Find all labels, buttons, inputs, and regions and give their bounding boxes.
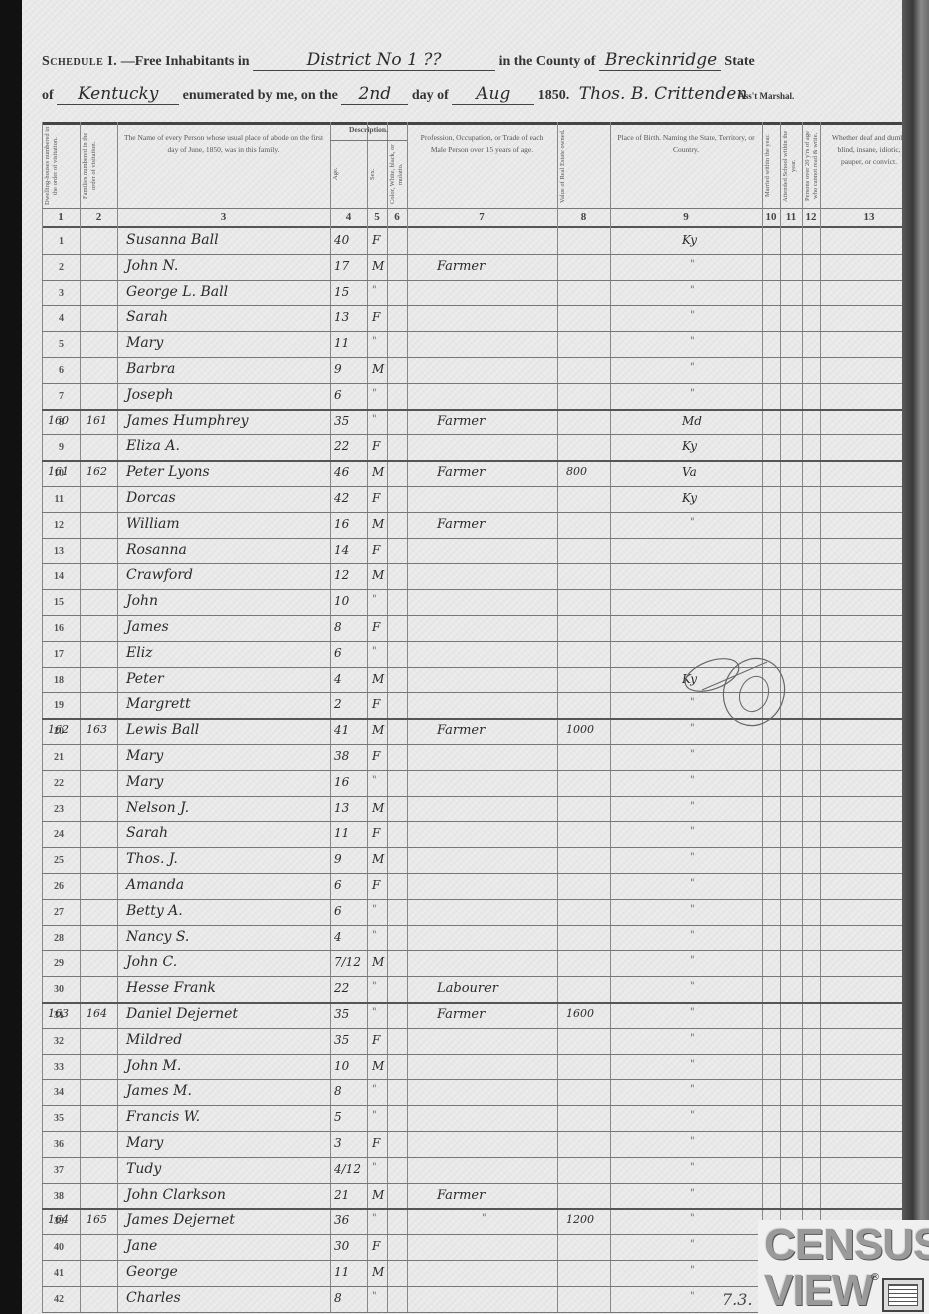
person-name: John Clarkson bbox=[126, 1187, 226, 1203]
person-sex: F bbox=[372, 491, 380, 505]
person-name: John bbox=[126, 593, 158, 609]
column-number-7: 7 bbox=[407, 211, 557, 223]
day-of-label: day of bbox=[412, 88, 449, 103]
birthplace: Va bbox=[682, 465, 697, 479]
column-number-5: 5 bbox=[367, 211, 387, 223]
row-rule bbox=[42, 950, 918, 951]
person-name: Peter bbox=[126, 671, 164, 687]
person-name: Jane bbox=[126, 1238, 157, 1254]
birthplace: " bbox=[690, 801, 695, 812]
row-rule bbox=[42, 1183, 918, 1184]
line-number: 15 bbox=[34, 597, 64, 608]
person-age: 35 bbox=[334, 1007, 349, 1021]
person-sex: M bbox=[372, 801, 384, 815]
person-age: 46 bbox=[334, 465, 349, 479]
line-number: 25 bbox=[34, 855, 64, 866]
family-number: 163 bbox=[86, 723, 107, 736]
person-sex: M bbox=[372, 672, 384, 686]
birthplace: " bbox=[690, 1213, 695, 1224]
column-divider bbox=[80, 122, 81, 1312]
column-divider bbox=[820, 122, 821, 1312]
birthplace: " bbox=[690, 775, 695, 786]
person-name: Dorcas bbox=[126, 490, 176, 506]
person-sex: F bbox=[372, 826, 380, 840]
description-group-rule bbox=[330, 140, 407, 141]
person-sex: " bbox=[372, 1084, 377, 1095]
real-estate-value: 1200 bbox=[566, 1213, 594, 1226]
county-field: Breckinridge bbox=[599, 50, 721, 71]
person-occupation: Farmer bbox=[437, 414, 485, 429]
dwelling-number: 164 bbox=[48, 1213, 69, 1226]
row-rule bbox=[42, 744, 918, 745]
person-name: Francis W. bbox=[126, 1109, 200, 1125]
line-number: 4 bbox=[34, 313, 64, 324]
row-rule bbox=[42, 899, 918, 900]
person-sex: M bbox=[372, 723, 384, 737]
handwritten-flourish-icon bbox=[682, 650, 792, 730]
person-age: 17 bbox=[334, 259, 349, 273]
birthplace: " bbox=[690, 1110, 695, 1121]
line-number: 1 bbox=[34, 236, 64, 247]
person-sex: " bbox=[372, 1110, 377, 1121]
of-label: of bbox=[42, 88, 54, 103]
person-age: 35 bbox=[334, 414, 349, 428]
column-header-1: Dwelling-houses numbered in the order of… bbox=[44, 126, 78, 206]
person-name: William bbox=[126, 516, 180, 532]
birthplace: " bbox=[690, 826, 695, 837]
person-name: Hesse Frank bbox=[126, 980, 216, 996]
person-sex: M bbox=[372, 1265, 384, 1279]
birthplace: " bbox=[690, 1059, 695, 1070]
row-rule bbox=[42, 1028, 918, 1029]
birthplace: " bbox=[690, 1136, 695, 1147]
column-header-5: Sex. bbox=[369, 142, 385, 206]
column-number-4: 4 bbox=[330, 211, 367, 223]
person-age: 22 bbox=[334, 981, 349, 995]
person-name: James Humphrey bbox=[126, 413, 249, 429]
person-age: 35 bbox=[334, 1033, 349, 1047]
line-number: 40 bbox=[34, 1242, 64, 1253]
marshal-title: Ass't Marshal. bbox=[738, 91, 794, 101]
person-name: Eliza A. bbox=[126, 438, 180, 454]
person-age: 11 bbox=[334, 1265, 349, 1279]
birthplace: Md bbox=[682, 414, 702, 428]
line-number: 2 bbox=[34, 262, 64, 273]
person-sex: M bbox=[372, 568, 384, 582]
line-number: 12 bbox=[34, 520, 64, 531]
person-name: Mary bbox=[126, 748, 163, 764]
row-rule bbox=[42, 538, 918, 539]
person-sex: " bbox=[372, 646, 377, 657]
birthplace: " bbox=[690, 1007, 695, 1018]
person-age: 12 bbox=[334, 568, 349, 582]
real-estate-value: 1000 bbox=[566, 723, 594, 736]
line-number: 24 bbox=[34, 829, 64, 840]
line-number: 7 bbox=[34, 391, 64, 402]
scan-right-border bbox=[902, 0, 929, 1314]
watermark-line-1: CENSUS bbox=[764, 1220, 929, 1270]
row-rule bbox=[42, 563, 918, 564]
person-name: Daniel Dejernet bbox=[126, 1006, 238, 1022]
birthplace: " bbox=[690, 1033, 695, 1044]
line-number: 5 bbox=[34, 339, 64, 350]
row-rule bbox=[42, 512, 918, 513]
enumerated-label: enumerated by me, on the bbox=[183, 88, 338, 103]
person-age: 21 bbox=[334, 1188, 349, 1202]
person-sex: F bbox=[372, 543, 380, 557]
line-number: 30 bbox=[34, 984, 64, 995]
row-rule bbox=[42, 847, 918, 848]
person-sex: M bbox=[372, 517, 384, 531]
person-name: Sarah bbox=[126, 309, 168, 325]
row-rule bbox=[42, 821, 918, 822]
row-rule bbox=[42, 925, 918, 926]
person-sex: F bbox=[372, 620, 380, 634]
page-footer-mark: 7.3. bbox=[722, 1290, 753, 1309]
person-sex: M bbox=[372, 955, 384, 969]
birthplace: Ky bbox=[682, 233, 697, 247]
person-age: 2 bbox=[334, 697, 342, 711]
person-age: 8 bbox=[334, 1084, 342, 1098]
person-occupation: Farmer bbox=[437, 723, 485, 738]
row-rule bbox=[42, 357, 918, 358]
birthplace: " bbox=[690, 852, 695, 863]
person-age: 41 bbox=[334, 723, 349, 737]
line-number: 29 bbox=[34, 958, 64, 969]
person-sex: M bbox=[372, 259, 384, 273]
column-header-2: Families numbered in the order of visita… bbox=[82, 126, 115, 206]
person-age: 4 bbox=[334, 672, 342, 686]
person-age: 5 bbox=[334, 1110, 342, 1124]
person-age: 6 bbox=[334, 646, 342, 660]
row-rule bbox=[42, 460, 918, 462]
person-age: 10 bbox=[334, 594, 349, 608]
line-number: 37 bbox=[34, 1165, 64, 1176]
person-sex: " bbox=[372, 1162, 377, 1173]
person-age: 36 bbox=[334, 1213, 349, 1227]
column-number-3: 3 bbox=[117, 211, 330, 223]
real-estate-value: 1600 bbox=[566, 1007, 594, 1020]
person-name: John C. bbox=[126, 954, 177, 970]
column-number-2: 2 bbox=[80, 211, 117, 223]
person-name: Crawford bbox=[126, 567, 193, 583]
column-divider bbox=[557, 122, 558, 1312]
line-number: 13 bbox=[34, 546, 64, 557]
column-number-1: 1 bbox=[42, 211, 80, 223]
header-line-1: Schedule I. —Free Inhabitants in Distric… bbox=[42, 50, 755, 71]
column-divider bbox=[407, 122, 408, 1312]
line-number: 36 bbox=[34, 1139, 64, 1150]
column-header-12: Persons over 20 y'rs of age who cannot r… bbox=[804, 126, 818, 206]
district-field: District No 1 ?? bbox=[253, 50, 495, 71]
column-header-9: Place of Birth. Naming the State, Territ… bbox=[616, 132, 756, 156]
person-age: 42 bbox=[334, 491, 349, 505]
family-number: 164 bbox=[86, 1007, 107, 1020]
person-occupation: Farmer bbox=[437, 259, 485, 274]
person-sex: M bbox=[372, 1059, 384, 1073]
column-divider bbox=[42, 122, 43, 1312]
watermark-line-2: VIEW bbox=[764, 1266, 872, 1314]
person-occupation: Farmer bbox=[437, 465, 485, 480]
person-name: Charles bbox=[126, 1290, 181, 1306]
birthplace: Ky bbox=[682, 491, 697, 505]
row-rule bbox=[42, 280, 918, 281]
person-name: James Dejernet bbox=[126, 1212, 235, 1228]
person-name: Rosanna bbox=[126, 542, 187, 558]
row-rule bbox=[42, 1002, 918, 1004]
birthplace: " bbox=[690, 749, 695, 760]
person-name: Nancy S. bbox=[126, 929, 189, 945]
person-sex: " bbox=[372, 775, 377, 786]
person-sex: " bbox=[372, 388, 377, 399]
line-number: 21 bbox=[34, 752, 64, 763]
column-header-3: The Name of every Person whose usual pla… bbox=[123, 132, 324, 156]
person-name: Sarah bbox=[126, 825, 168, 841]
row-rule bbox=[42, 1054, 918, 1055]
row-rule bbox=[42, 1079, 918, 1080]
line-number: 19 bbox=[34, 700, 64, 711]
person-age: 3 bbox=[334, 1136, 342, 1150]
person-sex: " bbox=[372, 414, 377, 425]
dwelling-number: 162 bbox=[48, 723, 69, 736]
row-rule bbox=[42, 254, 918, 255]
year: 1850. bbox=[538, 88, 570, 103]
birthplace: " bbox=[690, 310, 695, 321]
person-name: Mary bbox=[126, 774, 163, 790]
person-sex: " bbox=[372, 594, 377, 605]
birthplace: " bbox=[690, 285, 695, 296]
scan-left-border bbox=[0, 0, 22, 1314]
marshal-signature: Thos. B. Crittenden bbox=[573, 84, 735, 104]
column-header-10: Married within the year. bbox=[764, 126, 778, 206]
description-group-label: Description. bbox=[330, 124, 407, 136]
person-name: Eliz bbox=[126, 645, 153, 661]
county-label: in the County of bbox=[499, 54, 596, 69]
family-number: 161 bbox=[86, 414, 107, 427]
column-divider bbox=[387, 122, 388, 1312]
person-age: 8 bbox=[334, 620, 342, 634]
person-sex: F bbox=[372, 1033, 380, 1047]
person-age: 11 bbox=[334, 826, 349, 840]
person-sex: M bbox=[372, 852, 384, 866]
line-number: 17 bbox=[34, 649, 64, 660]
column-number-rule bbox=[42, 208, 918, 209]
person-age: 13 bbox=[334, 310, 349, 324]
person-age: 13 bbox=[334, 801, 349, 815]
person-sex: F bbox=[372, 697, 380, 711]
birthplace: " bbox=[690, 878, 695, 889]
person-name: Lewis Ball bbox=[126, 722, 199, 738]
schedule-title: Schedule I. bbox=[42, 54, 117, 69]
column-header-13: Whether deaf and dumb, blind, insane, id… bbox=[826, 132, 912, 168]
column-number-9: 9 bbox=[610, 211, 762, 223]
state-label: State bbox=[724, 54, 754, 69]
dwelling-number: 163 bbox=[48, 1007, 69, 1020]
row-rule bbox=[42, 409, 918, 411]
column-divider bbox=[367, 122, 368, 1312]
person-name: Tudy bbox=[126, 1161, 161, 1177]
row-rule bbox=[42, 1157, 918, 1158]
row-rule bbox=[42, 796, 918, 797]
row-rule bbox=[42, 434, 918, 435]
person-name: Margrett bbox=[126, 696, 191, 712]
person-age: 6 bbox=[334, 878, 342, 892]
line-number: 42 bbox=[34, 1294, 64, 1305]
person-sex: " bbox=[372, 1291, 377, 1302]
person-name: Mary bbox=[126, 1135, 163, 1151]
person-name: George bbox=[126, 1264, 178, 1280]
column-number-12: 12 bbox=[802, 211, 820, 223]
person-age: 10 bbox=[334, 1059, 349, 1073]
censusview-watermark: CENSUS VIEW ® bbox=[758, 1220, 929, 1314]
birthplace: " bbox=[690, 336, 695, 347]
column-header-7: Profession, Occupation, or Trade of each… bbox=[413, 132, 551, 156]
person-age: 7/12 bbox=[334, 955, 361, 969]
line-number: 6 bbox=[34, 365, 64, 376]
person-age: 4 bbox=[334, 930, 342, 944]
row-rule bbox=[42, 1131, 918, 1132]
column-number-10: 10 bbox=[762, 211, 780, 223]
person-sex: " bbox=[372, 981, 377, 992]
line-number: 18 bbox=[34, 675, 64, 686]
person-sex: F bbox=[372, 878, 380, 892]
row-rule bbox=[42, 331, 918, 332]
line-number: 28 bbox=[34, 933, 64, 944]
line-number: 35 bbox=[34, 1113, 64, 1124]
person-occupation: Farmer bbox=[437, 517, 485, 532]
person-sex: F bbox=[372, 233, 380, 247]
person-age: 38 bbox=[334, 749, 349, 763]
person-name: George L. Ball bbox=[126, 284, 228, 300]
person-sex: F bbox=[372, 1136, 380, 1150]
person-age: 8 bbox=[334, 1291, 342, 1305]
person-name: John N. bbox=[126, 258, 178, 274]
person-sex: M bbox=[372, 1188, 384, 1202]
person-sex: M bbox=[372, 362, 384, 376]
person-age: 16 bbox=[334, 517, 349, 531]
line-number: 16 bbox=[34, 623, 64, 634]
person-name: James M. bbox=[126, 1083, 192, 1099]
day-field: 2nd bbox=[341, 84, 408, 105]
person-age: 40 bbox=[334, 233, 349, 247]
person-sex: F bbox=[372, 310, 380, 324]
person-sex: " bbox=[372, 336, 377, 347]
birthplace: " bbox=[690, 1162, 695, 1173]
row-rule bbox=[42, 641, 918, 642]
person-name: Nelson J. bbox=[126, 800, 189, 816]
row-rule bbox=[42, 770, 918, 771]
person-age: 22 bbox=[334, 439, 349, 453]
row-rule bbox=[42, 383, 918, 384]
person-sex: F bbox=[372, 749, 380, 763]
header-bottom-rule bbox=[42, 226, 918, 228]
birthplace: " bbox=[690, 259, 695, 270]
line-number: 34 bbox=[34, 1087, 64, 1098]
column-header-6: Color, White, black, or mulatto. bbox=[389, 142, 405, 206]
column-divider bbox=[330, 122, 331, 1312]
line-number: 41 bbox=[34, 1268, 64, 1279]
person-sex: " bbox=[372, 1007, 377, 1018]
dwelling-number: 160 bbox=[48, 414, 69, 427]
person-name: Mildred bbox=[126, 1032, 182, 1048]
person-sex: F bbox=[372, 1239, 380, 1253]
birthplace: " bbox=[690, 362, 695, 373]
person-age: 6 bbox=[334, 388, 342, 402]
person-occupation: Farmer bbox=[437, 1007, 485, 1022]
person-name: Mary bbox=[126, 335, 163, 351]
row-rule bbox=[42, 873, 918, 874]
line-number: 33 bbox=[34, 1062, 64, 1073]
line-number: 14 bbox=[34, 571, 64, 582]
family-number: 162 bbox=[86, 465, 107, 478]
person-sex: " bbox=[372, 285, 377, 296]
person-occupation: Farmer bbox=[437, 1188, 485, 1203]
row-rule bbox=[42, 1105, 918, 1106]
person-occupation: Labourer bbox=[437, 981, 498, 996]
header-prefix: —Free Inhabitants in bbox=[121, 54, 250, 69]
column-divider bbox=[117, 122, 118, 1312]
person-age: 9 bbox=[334, 362, 342, 376]
birthplace: " bbox=[690, 1265, 695, 1276]
column-number-11: 11 bbox=[780, 211, 802, 223]
person-age: 30 bbox=[334, 1239, 349, 1253]
column-number-8: 8 bbox=[557, 211, 610, 223]
dwelling-number: 161 bbox=[48, 465, 69, 478]
column-divider bbox=[802, 122, 803, 1312]
person-name: Susanna Ball bbox=[126, 232, 219, 248]
column-number-6: 6 bbox=[387, 211, 407, 223]
birthplace: " bbox=[690, 1188, 695, 1199]
column-header-8: Value of Real Estate owned. bbox=[559, 126, 608, 206]
birthplace: " bbox=[690, 388, 695, 399]
table-top-rule bbox=[42, 122, 918, 125]
person-age: 14 bbox=[334, 543, 349, 557]
person-name: Thos. J. bbox=[126, 851, 178, 867]
month-field: Aug bbox=[452, 84, 534, 105]
line-number: 27 bbox=[34, 907, 64, 918]
person-age: 15 bbox=[334, 285, 349, 299]
state-field: Kentucky bbox=[57, 84, 179, 105]
birthplace: " bbox=[690, 1084, 695, 1095]
person-sex: " bbox=[372, 930, 377, 941]
row-rule bbox=[42, 615, 918, 616]
column-header-11: Attended School within the year. bbox=[782, 126, 800, 206]
person-name: James bbox=[126, 619, 169, 635]
header-line-2: of Kentucky enumerated by me, on the 2nd… bbox=[42, 84, 794, 105]
line-number: 22 bbox=[34, 778, 64, 789]
line-number: 23 bbox=[34, 804, 64, 815]
row-rule bbox=[42, 589, 918, 590]
column-divider bbox=[610, 122, 611, 1312]
person-age: 4/12 bbox=[334, 1162, 361, 1176]
row-rule bbox=[42, 486, 918, 487]
census-page: Schedule I. —Free Inhabitants in Distric… bbox=[22, 0, 902, 1314]
person-age: 9 bbox=[334, 852, 342, 866]
birthplace: " bbox=[690, 930, 695, 941]
person-age: 11 bbox=[334, 336, 349, 350]
person-sex: " bbox=[372, 1213, 377, 1224]
row-rule bbox=[42, 976, 918, 977]
real-estate-value: 800 bbox=[566, 465, 587, 478]
row-rule bbox=[42, 305, 918, 306]
person-age: 16 bbox=[334, 775, 349, 789]
birthplace: " bbox=[690, 955, 695, 966]
birthplace: " bbox=[690, 1239, 695, 1250]
person-name: Betty A. bbox=[126, 903, 183, 919]
column-header-4: Age. bbox=[332, 142, 365, 206]
person-name: Joseph bbox=[126, 387, 174, 403]
line-number: 26 bbox=[34, 881, 64, 892]
